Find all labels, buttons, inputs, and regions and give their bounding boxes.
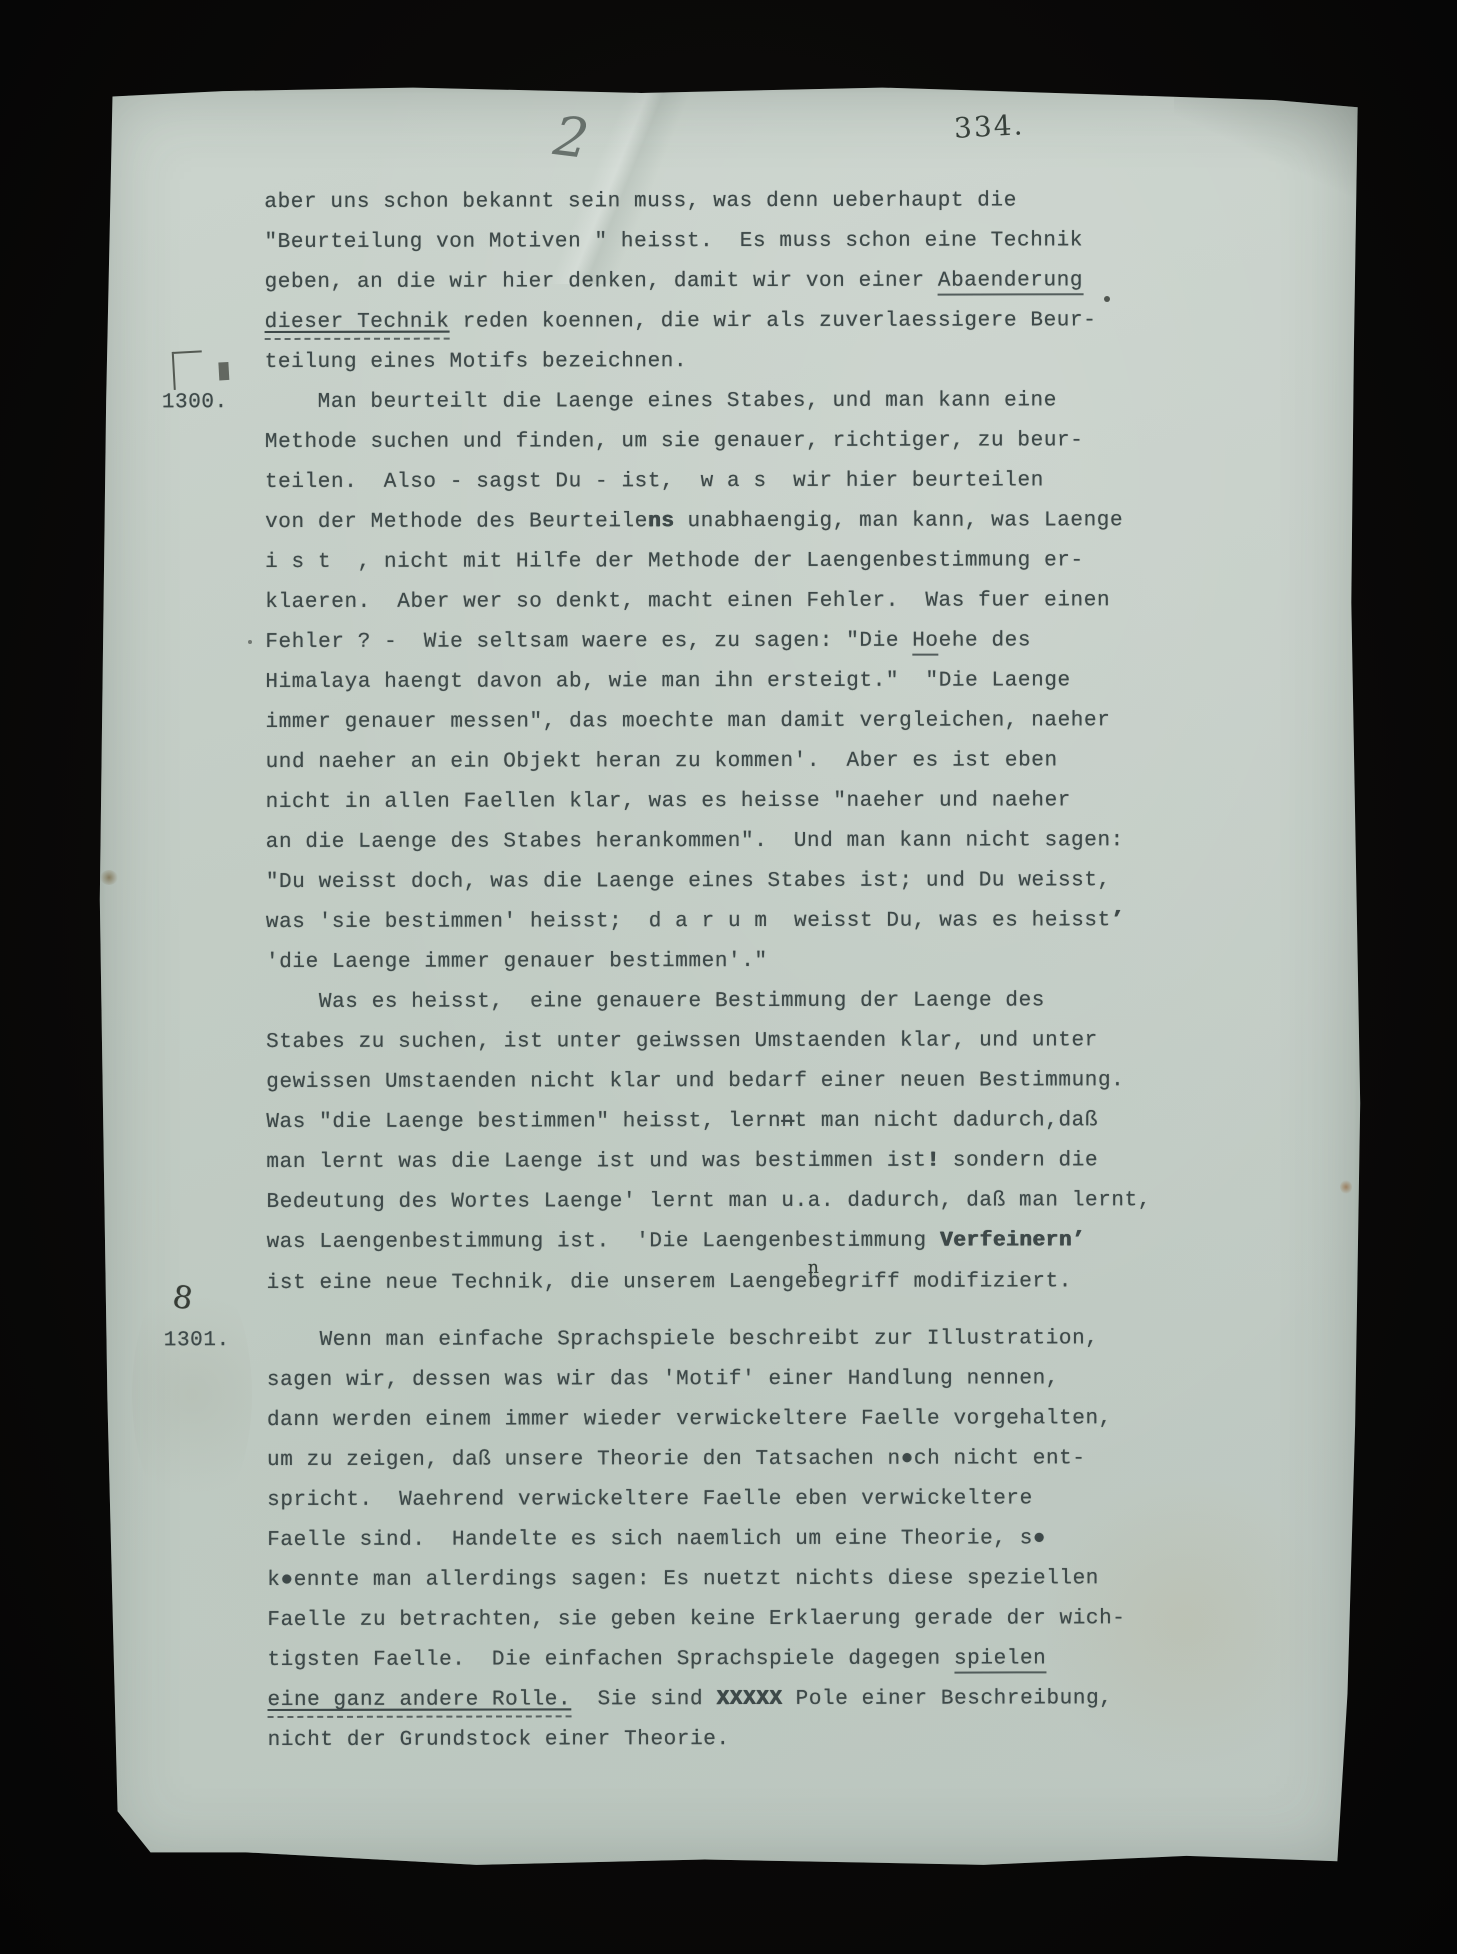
text-segment: von der Methode des Beurteile [265, 510, 648, 534]
handwritten-margin-mark [172, 350, 204, 390]
text-segment: Faelle sind. Handelte es sich naemlich u… [267, 1527, 1046, 1552]
text-line: sagen wir, dessen was wir das 'Motif' ei… [267, 1359, 1227, 1401]
margin-remark-number: 1301. [164, 1321, 230, 1361]
text-line: teilen. Also - sagst Du - ist, w a s wir… [265, 461, 1225, 503]
text-line: man lernt was die Laenge ist und was bes… [266, 1141, 1226, 1183]
pencil-dot [248, 640, 252, 644]
text-segment: teilen. Also - sagst Du - ist, w a s wir… [265, 469, 1044, 494]
text-segment: geben, an die wir hier denken, damit wir… [265, 270, 938, 294]
text-segment: nicht der Grundstock einer Theorie. [268, 1728, 730, 1752]
text-line: Himalaya haengt davon ab, wie man ihn er… [265, 661, 1225, 703]
handwritten-page-mark: 2 [550, 104, 592, 171]
text-segment: "Beurteilung von Motiven " heisst. Es mu… [264, 229, 1083, 254]
text-segment-u2: dieser Technik [265, 311, 450, 340]
page-number: 334. [953, 108, 1025, 145]
margin-remark-number: 1300. [162, 383, 228, 423]
text-segment: Was "die Laenge bestimmen" heisst, lern [266, 1110, 781, 1134]
text-line: um zu zeigen, daß unsere Theorie den Tat… [267, 1439, 1227, 1481]
text-segment-u2: eine ganz andere Rolle. [268, 1688, 572, 1718]
text-segment-b: ! [926, 1150, 939, 1173]
text-line: Bedeutung des Wortes Laenge' lernt man u… [266, 1181, 1226, 1223]
text-line: Stabes zu suchen, ist unter geiwssen Ums… [266, 1021, 1226, 1063]
text-segment: dann werden einem immer wieder verwickel… [267, 1407, 1112, 1432]
text-segment: um zu zeigen, daß unsere Theorie den Tat… [267, 1447, 1086, 1472]
text-line: Wenn man einfache Sprachspiele beschreib… [267, 1319, 1227, 1361]
text-segment: sondern die [940, 1149, 1098, 1172]
text-line: teilung eines Motifs bezeichnen. [265, 341, 1225, 383]
text-segment: Faelle zu betrachten, sie geben keine Er… [267, 1607, 1125, 1632]
text-segment: sagen wir, dessen was wir das 'Motif' ei… [267, 1367, 1059, 1392]
text-line: an die Laenge des Stabes herankommen". U… [266, 821, 1226, 863]
paragraph: 1300. Man beurteilt die Laenge eines Sta… [265, 381, 1226, 983]
text-segment: Pole einer Beschreibung, [782, 1687, 1112, 1711]
paper-stain [100, 870, 118, 885]
text-segment: begriff modifiziert. [808, 1270, 1072, 1294]
text-segment: Was es heisst, eine genauere Bestimmung … [266, 989, 1045, 1014]
paper-stain [1340, 1180, 1352, 1194]
text-segment: was 'sie bestimmen' heisst; d a r u m we… [266, 909, 1111, 934]
text-line: i s t , nicht mit Hilfe der Methode der … [265, 541, 1225, 583]
text-line: nicht der Grundstock einer Theorie. [268, 1719, 1228, 1761]
text-segment: an die Laenge des Stabes herankommen". U… [266, 829, 1124, 854]
text-segment-b: ns [648, 510, 674, 533]
text-segment: 'die Laenge immer genauer bestimmen'." [266, 950, 768, 974]
text-segment: Man beurteilt die Laenge eines Stabes, u… [265, 389, 1057, 414]
photo-background: 2 334. aber uns schon bekannt sein muss,… [0, 0, 1457, 1954]
text-segment: Himalaya haengt davon ab, wie man ihn er… [265, 669, 1070, 694]
text-line: immer genauer messen", das moechte man d… [265, 701, 1225, 743]
text-segment: klaeren. Aber wer so denkt, macht einen … [265, 589, 1110, 614]
text-segment: spricht. Waehrend verwickeltere Faelle e… [267, 1487, 1033, 1512]
text-line: Man beurteilt die Laenge eines Stabes, u… [265, 381, 1225, 423]
text-segment: immer genauer messen", das moechte man d… [265, 709, 1110, 734]
text-segment: unabhaengig, man kann, was Laenge [674, 509, 1123, 533]
text-line: ist eine neue Technik, die unserem Laeng… [267, 1261, 1227, 1303]
text-segment: reden koennen, die wir als zuverlaessige… [449, 309, 1096, 333]
text-segment: und naeher an ein Objekt heran zu kommen… [266, 749, 1058, 774]
text-line: was 'sie bestimmen' heisst; d a r u m we… [266, 901, 1226, 943]
paragraph: Was es heisst, eine genauere Bestimmung … [266, 981, 1227, 1303]
text-line: klaeren. Aber wer so denkt, macht einen … [265, 581, 1225, 623]
paragraph: aber uns schon bekannt sein muss, was de… [264, 181, 1224, 383]
text-segment-u: spielen [954, 1647, 1046, 1673]
text-segment: man lernt was die Laenge ist und was bes… [266, 1150, 926, 1174]
text-line: "Du weisst doch, was die Laenge eines St… [266, 861, 1226, 903]
paragraph: 1301.8 Wenn man einfache Sprachspiele be… [267, 1319, 1228, 1761]
document-page: 2 334. aber uns schon bekannt sein muss,… [96, 84, 1364, 1872]
text-line: Methode suchen und finden, um sie genaue… [265, 421, 1225, 463]
text-segment: teilung eines Motifs bezeichnen. [265, 350, 688, 374]
handwritten-margin-mark: 8 [170, 1282, 195, 1316]
text-line: k●ennte man allerdings sagen: Es nuetzt … [267, 1559, 1227, 1601]
text-segment: nicht in allen Faellen klar, was es heis… [266, 789, 1071, 814]
text-segment: "Du weisst doch, was die Laenge eines St… [266, 869, 1111, 894]
text-line: gewissen Umstaenden nicht klar und bedar… [266, 1061, 1226, 1103]
text-line: was Laengenbestimmung ist. 'Die Laengenb… [267, 1221, 1227, 1263]
text-segment: Methode suchen und finden, um sie genaue… [265, 429, 1084, 454]
text-line: aber uns schon bekannt sein muss, was de… [264, 181, 1224, 223]
text-line: Faelle sind. Handelte es sich naemlich u… [267, 1519, 1227, 1561]
text-segment-u: Abaenderung [938, 269, 1083, 295]
text-segment: Sie sind [571, 1688, 716, 1711]
text-segment: tigsten Faelle. Die einfachen Sprachspie… [267, 1648, 954, 1672]
text-segment: i s t , nicht mit Hilfe der Methode der … [265, 549, 1084, 574]
text-line: tigsten Faelle. Die einfachen Sprachspie… [267, 1639, 1227, 1681]
text-segment: gewissen Umstaenden nicht klar und bedar… [266, 1069, 1124, 1094]
text-line: "Beurteilung von Motiven " heisst. Es mu… [264, 221, 1224, 263]
text-segment: Bedeutung des Wortes Laenge' lernt man u… [266, 1189, 1151, 1214]
text-segment: ehe des [939, 629, 1031, 652]
text-line: Faelle zu betrachten, sie geben keine Er… [267, 1599, 1227, 1641]
text-segment: k●ennte man allerdings sagen: Es nuetzt … [267, 1567, 1099, 1592]
text-line: von der Methode des Beurteilens unabhaen… [265, 501, 1225, 543]
text-segment: Fehler ? - Wie seltsam waere es, zu sage… [265, 630, 912, 654]
text-segment: t man nicht dadurch,daß [794, 1109, 1098, 1133]
text-segment: was Laengenbestimmung ist. 'Die Laengenb… [267, 1230, 940, 1254]
text-segment: aber uns schon bekannt sein muss, was de… [264, 189, 1017, 214]
text-segment-b: ’ [1111, 909, 1124, 932]
text-segment-b: XXXXX [716, 1688, 782, 1711]
text-segment: Wenn man einfache Sprachspiele beschreib… [267, 1327, 1099, 1352]
text-segment-u: Ho [912, 630, 938, 656]
text-segment-st: n [781, 1110, 794, 1133]
text-line: dann werden einem immer wieder verwickel… [267, 1399, 1227, 1441]
text-segment: ist eine neue Technik, die unserem Laeng… [267, 1271, 808, 1295]
text-line: Was "die Laenge bestimmen" heisst, lernn… [266, 1101, 1226, 1143]
text-line: eine ganz andere Rolle. Sie sind XXXXX P… [267, 1679, 1227, 1721]
text-line: 'die Laenge immer genauer bestimmen'." [266, 941, 1226, 983]
text-segment-b: Verfeinern’ [940, 1229, 1085, 1252]
text-line: Fehler ? - Wie seltsam waere es, zu sage… [265, 621, 1225, 663]
text-line: spricht. Waehrend verwickeltere Faelle e… [267, 1479, 1227, 1521]
text-line: geben, an die wir hier denken, damit wir… [265, 261, 1225, 303]
text-line: Was es heisst, eine genauere Bestimmung … [266, 981, 1226, 1023]
text-body: aber uns schon bekannt sein muss, was de… [264, 181, 1227, 1761]
text-segment: Stabes zu suchen, ist unter geiwssen Ums… [266, 1029, 1098, 1054]
text-line: dieser Technik reden koennen, die wir al… [265, 301, 1225, 343]
text-line: und naeher an ein Objekt heran zu kommen… [266, 741, 1226, 783]
text-line: nicht in allen Faellen klar, was es heis… [266, 781, 1226, 823]
